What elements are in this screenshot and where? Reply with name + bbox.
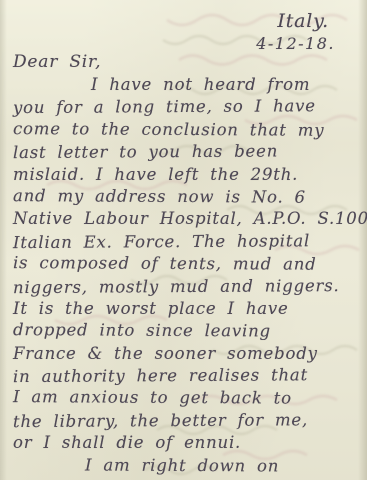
letter-line: I am anxious to get back to bbox=[13, 387, 361, 411]
letter-line: Italian Ex. Force. The hospital bbox=[13, 230, 361, 255]
letter-line: last letter to you has been bbox=[13, 140, 361, 165]
letter-line: Native Labour Hospital, A.P.O. S.100 bbox=[13, 208, 361, 230]
letter-body: I have not heard from you for a long tim… bbox=[13, 74, 361, 477]
letter-line: in authority here realises that bbox=[13, 364, 361, 389]
letter-line: is composed of tents, mud and bbox=[13, 252, 361, 276]
handwriting-layer: Italy. 4-12-18. Dear Sir, I have not hea… bbox=[0, 0, 367, 480]
letter-page: Italy. 4-12-18. Dear Sir, I have not hea… bbox=[0, 0, 367, 480]
letter-line: the library, the better for me, bbox=[13, 409, 361, 434]
letter-line: dropped into since leaving bbox=[13, 319, 361, 343]
letter-line: I have not heard from bbox=[13, 74, 361, 96]
letter-line: France & the sooner somebody bbox=[13, 343, 361, 365]
letter-line: and my address now is No. 6 bbox=[13, 185, 361, 209]
letter-line: I am right down on bbox=[13, 454, 361, 478]
letter-salutation: Dear Sir, bbox=[13, 52, 101, 72]
letter-line: It is the worst place I have bbox=[13, 298, 361, 320]
letter-place: Italy. bbox=[277, 10, 329, 32]
letter-line: mislaid. I have left the 29th. bbox=[13, 164, 361, 186]
letter-line: niggers, mostly mud and niggers. bbox=[13, 274, 361, 299]
letter-line: you for a long time, so I have bbox=[13, 95, 361, 120]
letter-line: come to the conclusion that my bbox=[13, 118, 361, 142]
letter-date: 4-12-18. bbox=[256, 34, 335, 53]
letter-line: or I shall die of ennui. bbox=[13, 432, 361, 454]
